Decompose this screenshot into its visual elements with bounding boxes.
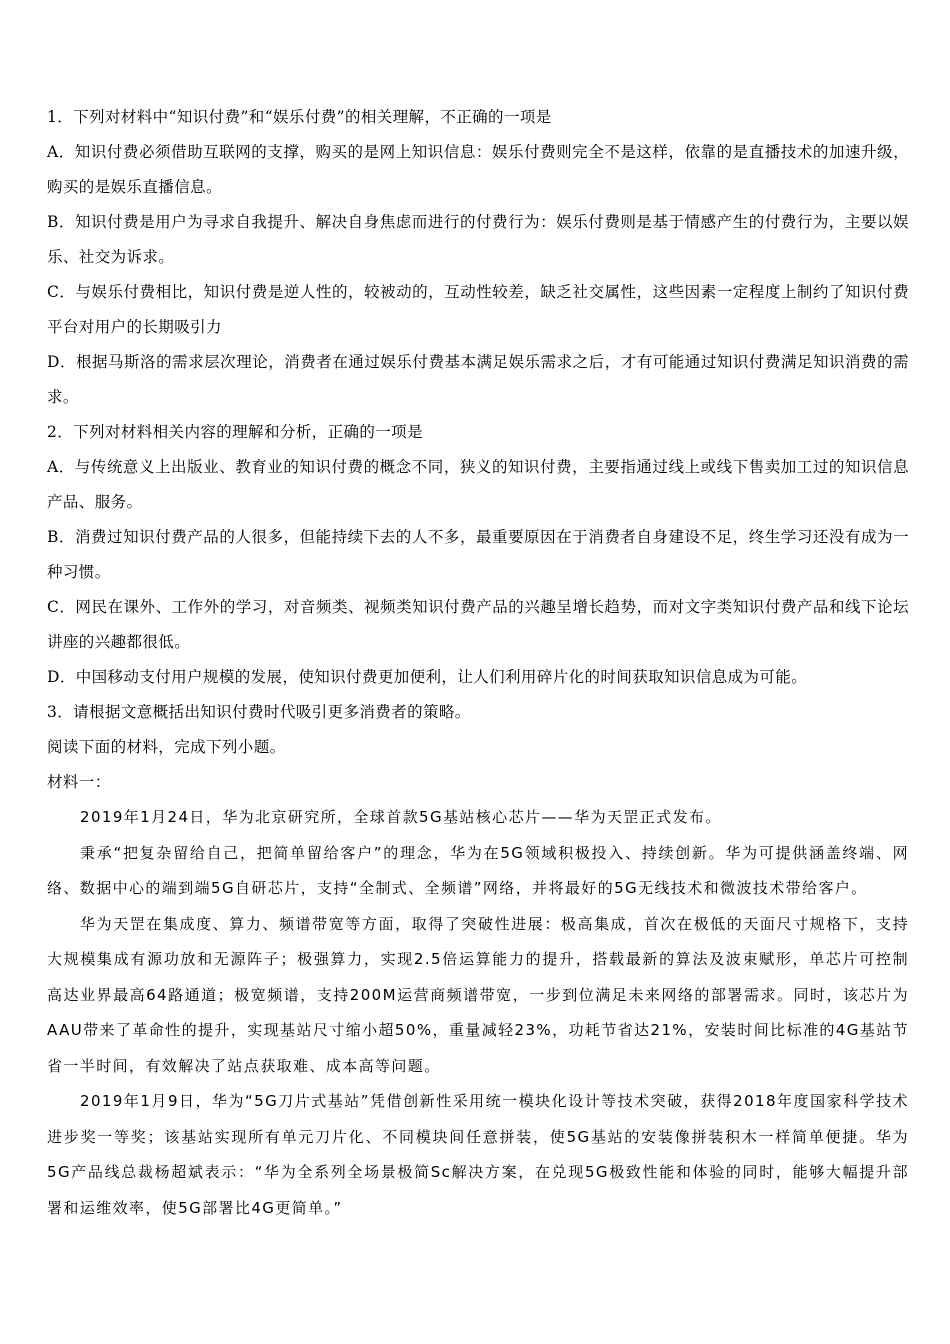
question-1-option-a: A．知识付费必须借助互联网的支撑，购买的是网上知识信息：娱乐付费则完全不是这样，… [47,135,909,205]
reading-instruction: 阅读下面的材料，完成下列小题。 [47,730,909,765]
question-2-option-a: A．与传统意义上出版业、教育业的知识付费的概念不同，狭义的知识付费，主要指通过线… [47,450,909,520]
question-2-option-d: D．中国移动支付用户规模的发展，使知识付费更加便利，让人们利用碎片化的时间获取知… [47,660,909,695]
question-2-option-c: C．网民在课外、工作外的学习，对音频类、视频类知识付费产品的兴趣呈增长趋势，而对… [47,590,909,660]
question-1: 1．下列对材料中“知识付费”和“娱乐付费”的相关理解，不正确的一项是 A．知识付… [47,100,909,415]
material-one: 2019年1月24日，华为北京研究所，全球首款5G基站核心芯片——华为天罡正式发… [47,800,909,1226]
question-2-stem: 2．下列对材料相关内容的理解和分析，正确的一项是 [47,415,909,450]
question-2: 2．下列对材料相关内容的理解和分析，正确的一项是 A．与传统意义上出版业、教育业… [47,415,909,695]
material-paragraph-4: 2019年1月9日，华为“5G刀片式基站”凭借创新性采用统一模块化设计等技术突破… [47,1084,909,1226]
question-2-option-b: B．消费过知识付费产品的人很多，但能持续下去的人不多，最重要原因在于消费者自身建… [47,520,909,590]
question-1-option-b: B．知识付费是用户为寻求自我提升、解决自身焦虑而进行的付费行为：娱乐付费则是基于… [47,205,909,275]
material-label: 材料一： [47,765,909,800]
question-1-option-c: C．与娱乐付费相比，知识付费是逆人性的，较被动的，互动性较差，缺乏社交属性，这些… [47,275,909,345]
document-page: 1．下列对材料中“知识付费”和“娱乐付费”的相关理解，不正确的一项是 A．知识付… [47,100,909,1226]
material-paragraph-3: 华为天罡在集成度、算力、频谱带宽等方面，取得了突破性进展：极高集成，首次在极低的… [47,907,909,1085]
question-1-stem: 1．下列对材料中“知识付费”和“娱乐付费”的相关理解，不正确的一项是 [47,100,909,135]
question-3: 3．请根据文意概括出知识付费时代吸引更多消费者的策略。 [47,695,909,730]
question-1-option-d: D．根据马斯洛的需求层次理论，消费者在通过娱乐付费基本满足娱乐需求之后，才有可能… [47,345,909,415]
question-3-stem: 3．请根据文意概括出知识付费时代吸引更多消费者的策略。 [47,695,909,730]
material-paragraph-2: 秉承“把复杂留给自己，把简单留给客户”的理念，华为在5G领域积极投入、持续创新。… [47,836,909,907]
material-paragraph-1: 2019年1月24日，华为北京研究所，全球首款5G基站核心芯片——华为天罡正式发… [47,800,909,836]
